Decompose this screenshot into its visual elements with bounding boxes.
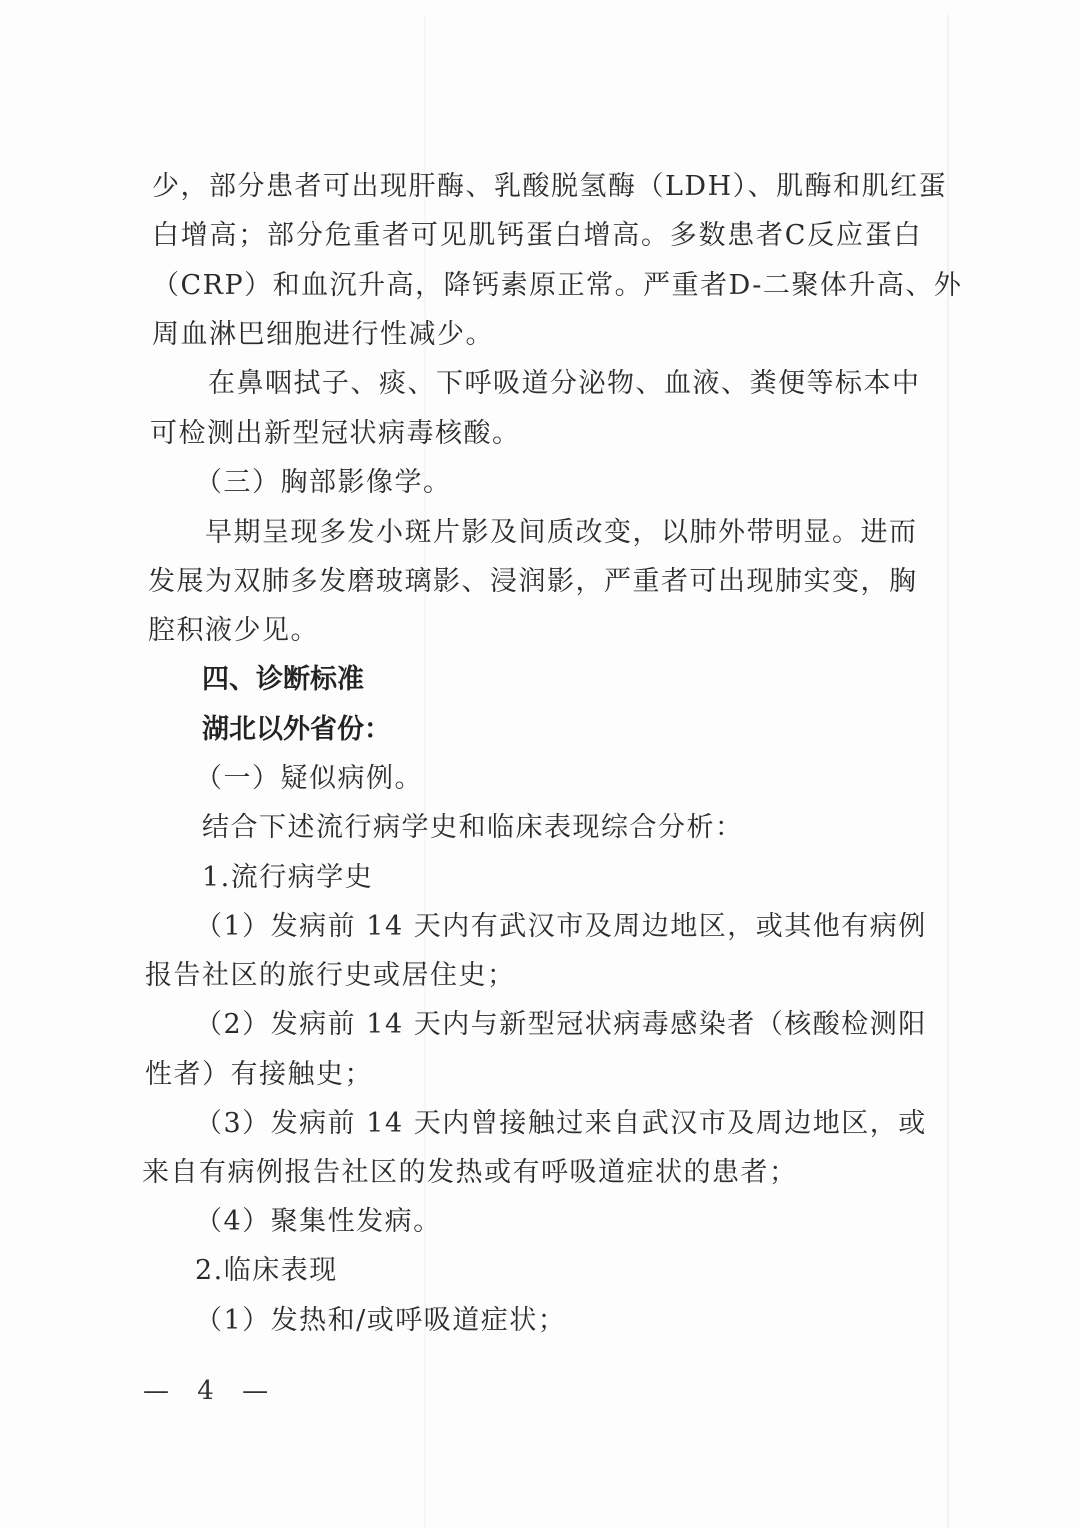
body-line: 少，部分患者可出现肝酶、乳酸脱氢酶（LDH）、肌酶和肌红蛋	[152, 170, 947, 204]
region-heading: 湖北以外省份：	[202, 713, 391, 747]
body-line: 在鼻咽拭子、痰、下呼吸道分泌物、血液、粪便等标本中	[208, 367, 921, 401]
subsection-heading: （一）疑似病例。	[195, 762, 423, 796]
list-item: （1）发热和/或呼吸道症状；	[195, 1304, 566, 1338]
section-heading: 四、诊断标准	[202, 663, 364, 697]
body-line: （CRP）和血沉升高，降钙素原正常。严重者D-二聚体升高、外	[152, 269, 962, 303]
body-line: 早期呈现多发小斑片影及间质改变，以肺外带明显。进而	[205, 516, 918, 550]
document-page: 少，部分患者可出现肝酶、乳酸脱氢酶（LDH）、肌酶和肌红蛋 白增高；部分危重者可…	[0, 0, 1080, 1528]
body-line: 周血淋巴细胞进行性减少。	[152, 318, 494, 352]
list-item: （1）发病前 14 天内有武汉市及周边地区，或其他有病例	[195, 910, 927, 944]
subsection-heading: （三）胸部影像学。	[195, 466, 452, 500]
body-line: 白增高；部分危重者可见肌钙蛋白增高。多数患者C反应蛋白	[152, 219, 922, 253]
list-item: （3）发病前 14 天内曾接触过来自武汉市及周边地区，或	[195, 1107, 927, 1141]
list-item: （2）发病前 14 天内与新型冠状病毒感染者（核酸检测阳	[195, 1008, 927, 1042]
list-heading: 2.临床表现	[195, 1254, 338, 1288]
page-number: — 4 —	[143, 1376, 278, 1406]
list-item-continuation: 报告社区的旅行史或居住史；	[145, 959, 516, 993]
list-item-continuation: 来自有病例报告社区的发热或有呼吸道症状的患者；	[142, 1156, 798, 1190]
list-heading: 1.流行病学史	[202, 861, 373, 895]
body-line: 腔积液少见。	[148, 614, 319, 648]
body-line: 可检测出新型冠状病毒核酸。	[150, 417, 521, 451]
list-item-continuation: 性者）有接触史；	[145, 1058, 373, 1092]
list-item: （4）聚集性发病。	[195, 1205, 442, 1239]
body-line: 发展为双肺多发磨玻璃影、浸润影，严重者可出现肺实变，胸	[148, 565, 918, 599]
scan-fold-line	[947, 15, 949, 1528]
body-line: 结合下述流行病学史和临床表现综合分析：	[202, 811, 744, 845]
